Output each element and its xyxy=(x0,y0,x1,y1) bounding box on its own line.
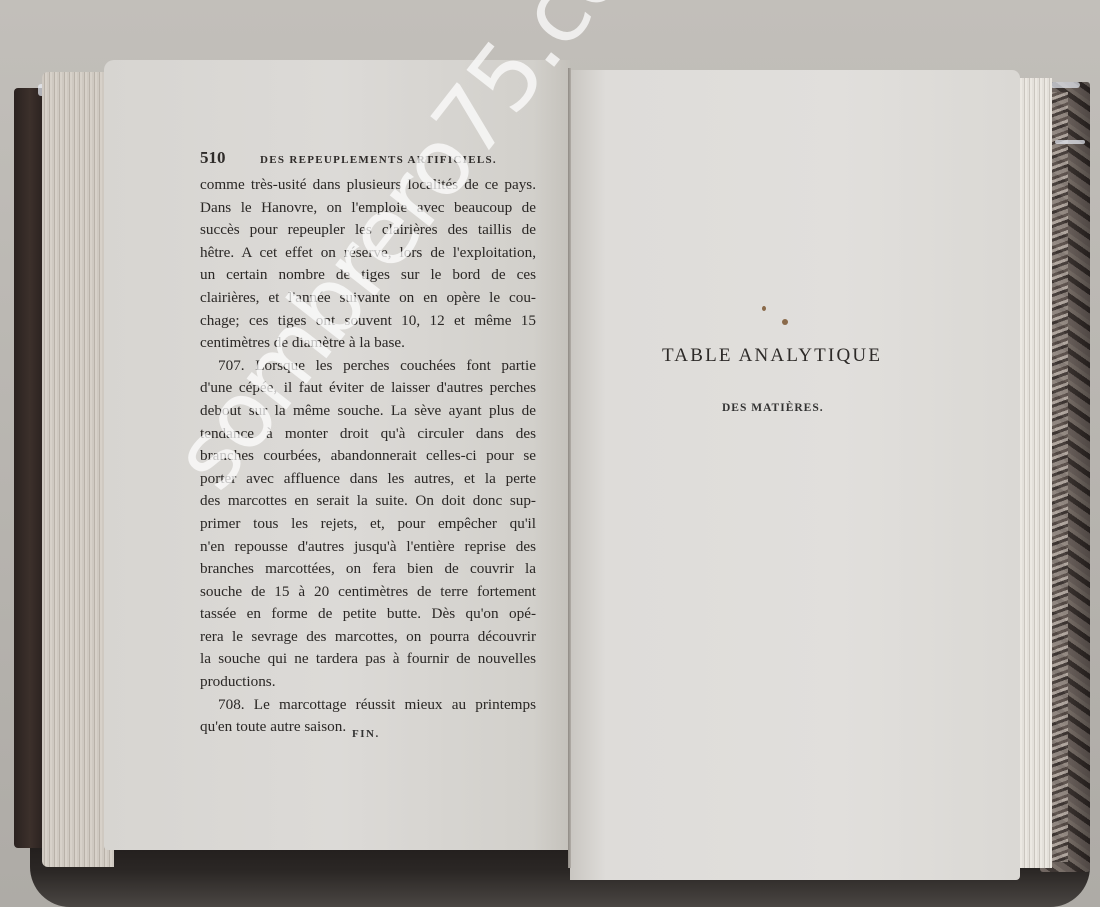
text-line: des marcottes en serait la suite. On doi… xyxy=(200,490,536,513)
text-line: clairières, et l'année suivante on en op… xyxy=(200,287,536,310)
end-mark: FIN. xyxy=(352,728,380,740)
text-line: souche de 15 à 20 centimètres de terre f… xyxy=(200,581,536,604)
plastic-glare xyxy=(1050,82,1080,88)
text-line: branches marcottées, on fera bien de cou… xyxy=(200,558,536,581)
right-page xyxy=(570,70,1020,880)
text-line: la souche qui ne tardera pas à fournir d… xyxy=(200,648,536,671)
foxing-spot xyxy=(782,319,788,325)
text-line: tassée en forme de petite butte. Dès qu'… xyxy=(200,603,536,626)
text-line: succès pour repeupler les clairières des… xyxy=(200,219,536,242)
text-line: d'une cépée, il faut éviter de laisser d… xyxy=(200,377,536,400)
text-line: hêtre. A cet effet on réserve, lors de l… xyxy=(200,242,536,265)
body-text: comme très-usité dans plusieurs localité… xyxy=(200,174,536,739)
running-head: 510 DES REPEUPLEMENTS ARTIFICIELS. xyxy=(200,148,540,168)
plastic-glare xyxy=(1055,140,1085,144)
text-line: productions. xyxy=(200,671,536,694)
text-line: debout sur la même souche. La sève ayant… xyxy=(200,400,536,423)
text-line: primer tous les rejets, et, pour empêche… xyxy=(200,513,536,536)
toc-subtitle: DES MATIÈRES. xyxy=(722,402,824,414)
text-line: 708. Le marcottage réussit mieux au prin… xyxy=(200,694,536,717)
running-title: DES REPEUPLEMENTS ARTIFICIELS. xyxy=(260,154,497,166)
text-line: 707. Lorsque les perches couchées font p… xyxy=(200,355,536,378)
text-line: comme très-usité dans plusieurs localité… xyxy=(200,174,536,197)
text-line: centimètres de diamètre à la base. xyxy=(200,332,536,355)
book-gutter xyxy=(568,68,571,868)
text-line: Dans le Hanovre, on l'emploie avec beauc… xyxy=(200,197,536,220)
text-line: branches courbées, abandonnerait celles-… xyxy=(200,445,536,468)
foxing-spot xyxy=(762,306,766,311)
text-line: un certain nombre de tiges sur le bord d… xyxy=(200,264,536,287)
toc-title: TABLE ANALYTIQUE xyxy=(662,345,882,367)
text-line: n'en repousse d'autres jusqu'à l'entière… xyxy=(200,536,536,559)
text-line: tendance à monter droit qu'à circuler da… xyxy=(200,423,536,446)
page-number: 510 xyxy=(200,148,260,168)
text-line: rera le sevrage des marcottes, on pourra… xyxy=(200,626,536,649)
text-line: porter avec affluence dans les autres, e… xyxy=(200,468,536,491)
text-line: chage; ces tiges ont souvent 10, 12 et m… xyxy=(200,310,536,333)
